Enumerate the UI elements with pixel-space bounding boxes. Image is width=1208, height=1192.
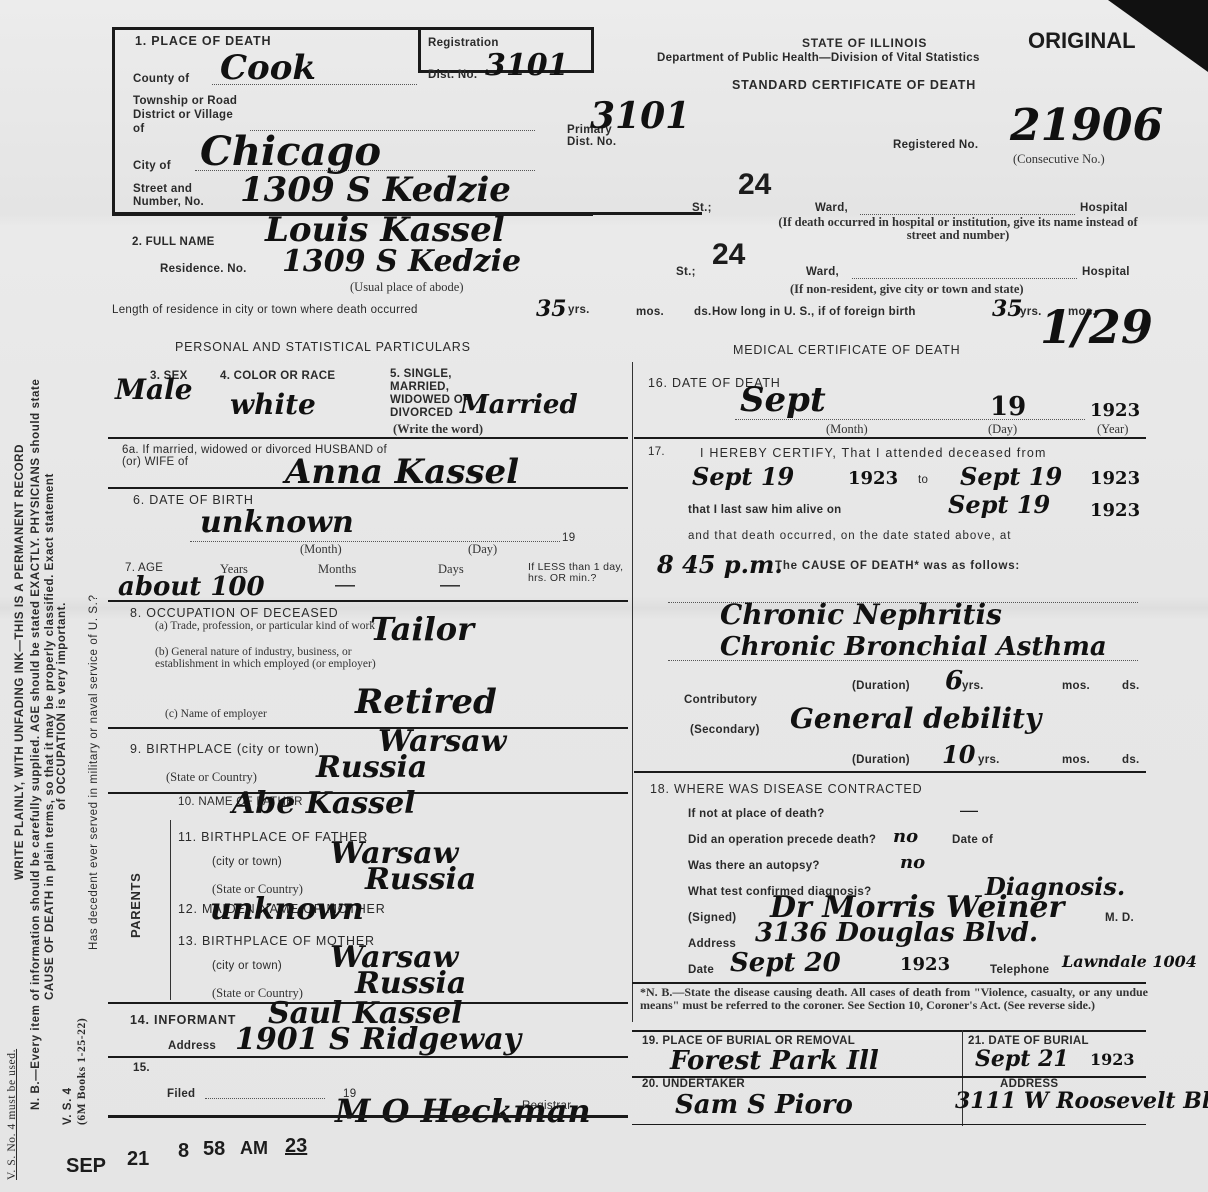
- father-value: Abe Kassel: [232, 786, 416, 821]
- occupation-c-label: (c) Name of employer: [165, 708, 267, 720]
- undertaker-value: Sam S Pioro: [675, 1090, 853, 1120]
- informant-address-value: 1901 S Ridgeway: [235, 1022, 521, 1057]
- time-of-death: 8 45 p.m.: [657, 550, 783, 579]
- duration-2-value: 10: [942, 740, 975, 769]
- county-label: County of: [133, 73, 189, 85]
- certificate-title: STANDARD CERTIFICATE OF DEATH: [732, 78, 976, 92]
- undertaker-address-value: 3111 W Roosevelt Blvd: [955, 1088, 1208, 1114]
- nonresident-note: (If non-resident, give city or town and …: [790, 282, 1024, 297]
- cause-1: Chronic Nephritis: [720, 598, 1002, 631]
- burial-place-value: Forest Park Ill: [670, 1046, 879, 1076]
- margin-mark: 1/29: [1040, 300, 1153, 354]
- signed-label: (Signed): [688, 912, 736, 924]
- ward-value-2: 24: [712, 238, 745, 272]
- hospital-label-2: Hospital: [1082, 266, 1130, 278]
- consecutive-note: (Consecutive No.): [1013, 152, 1105, 167]
- length-yrs: yrs.: [568, 304, 590, 316]
- father-city-label: (city or town): [212, 856, 282, 868]
- military-question: Has decedent ever served in military or …: [88, 595, 100, 950]
- length-value: 35: [536, 296, 567, 322]
- operation-label: Did an operation precede death?: [688, 834, 876, 846]
- birth-country-label: (State or Country): [166, 770, 257, 785]
- marital-note: (Write the word): [393, 422, 483, 437]
- duration-2-yrs: yrs.: [978, 754, 1000, 766]
- margin-line-1: WRITE PLAINLY, WITH UNFADING INK—THIS IS…: [14, 444, 26, 880]
- certify-number: 17.: [648, 446, 665, 458]
- burial-date-year: 1923: [1090, 1050, 1135, 1069]
- st-label-2: St.;: [676, 266, 696, 278]
- dob-day-caption: (Day): [468, 542, 497, 557]
- residence-value: 1309 S Kedzie: [282, 244, 521, 279]
- ward-value-1: 24: [738, 168, 771, 202]
- duration-1-value: 6: [945, 666, 963, 696]
- duration-2-ds: ds.: [1122, 754, 1140, 766]
- personal-section-title: PERSONAL AND STATISTICAL PARTICULARS: [175, 340, 471, 354]
- age-value: about 100: [118, 572, 265, 602]
- books-note: (6M Books 1-25-22): [76, 1018, 88, 1125]
- margin-line-3: CAUSE OF DEATH in plain terms, so that i…: [44, 473, 56, 1000]
- margin-line-2: N. B.—Every item of information should b…: [30, 379, 42, 1110]
- telephone-label: Telephone: [990, 964, 1049, 976]
- birth-country-value: Russia: [316, 750, 427, 785]
- dist-label: Dist. No.: [428, 69, 477, 81]
- duration-1-yrs: yrs.: [962, 680, 984, 692]
- dob-month-caption: (Month): [300, 542, 342, 557]
- duration-2-mos: mos.: [1062, 754, 1090, 766]
- age-less-note: If LESS than 1 day, hrs. OR min.?: [528, 562, 628, 584]
- registrar-signature: M O Heckman: [335, 1092, 591, 1130]
- occupation-a-label: (a) Trade, profession, or particular kin…: [155, 620, 390, 632]
- stamp-day: 21: [127, 1148, 149, 1171]
- birthplace-label: 9. BIRTHPLACE (city or town): [130, 742, 320, 756]
- last-saw-label: that I last saw him alive on: [688, 504, 841, 516]
- informant-address-label: Address: [168, 1040, 216, 1052]
- us-yrs: yrs.: [1020, 306, 1042, 318]
- race-label: 4. COLOR OR RACE: [220, 370, 335, 382]
- parents-side-label: PARENTS: [128, 873, 143, 938]
- stamp-year: 23: [285, 1135, 307, 1158]
- md-label: M. D.: [1105, 912, 1134, 924]
- medical-section-title: MEDICAL CERTIFICATE OF DEATH: [733, 343, 961, 357]
- physician-address-label: Address: [688, 938, 736, 950]
- duration-1-mos: mos.: [1062, 680, 1090, 692]
- residence-label: Residence. No.: [160, 263, 247, 275]
- place-of-death-heading: 1. PLACE OF DEATH: [135, 34, 271, 48]
- spouse-value: Anna Kassel: [285, 452, 519, 492]
- operation-value: no: [893, 826, 918, 847]
- full-name-label: 2. FULL NAME: [132, 236, 215, 248]
- age-days-value: —: [440, 574, 460, 597]
- hospital-label-1: Hospital: [1080, 202, 1128, 214]
- city-value: Chicago: [200, 128, 381, 175]
- attended-from: Sept 19: [692, 462, 794, 491]
- last-saw-value: Sept 19: [948, 490, 1050, 519]
- registered-value: 21906: [1010, 100, 1163, 151]
- department: Department of Public Health—Division of …: [657, 52, 980, 64]
- abode-note: (Usual place of abode): [350, 280, 464, 295]
- autopsy-value: no: [900, 852, 925, 873]
- dod-day: 19: [990, 392, 1026, 422]
- age-months-value: —: [335, 574, 355, 597]
- vs-note: V. S. No. 4 must be used.: [6, 1049, 18, 1180]
- physician-address-value: 3136 Douglas Blvd.: [755, 918, 1038, 948]
- mother-city-label: (city or town): [212, 960, 282, 972]
- registered-label: Registered No.: [893, 139, 978, 151]
- duration-label-1: (Duration): [852, 680, 910, 692]
- attended-to-year: 1923: [1090, 468, 1140, 489]
- occupation-label: 8. OCCUPATION OF DECEASED: [130, 606, 338, 620]
- stamp-month: SEP: [66, 1155, 106, 1178]
- autopsy-label: Was there an autopsy?: [688, 860, 820, 872]
- informant-label: 14. INFORMANT: [130, 1013, 236, 1027]
- ward-label-2: Ward,: [806, 266, 839, 278]
- length-mos: mos.: [636, 306, 664, 318]
- stamp-minute: 58: [203, 1138, 225, 1161]
- attended-from-year: 1923: [848, 468, 898, 489]
- cause-2: Chronic Bronchial Asthma: [720, 632, 1107, 662]
- hospital-note: (If death occurred in hospital or instit…: [768, 216, 1148, 242]
- not-place-label: If not at place of death?: [688, 808, 825, 820]
- cause-text: The CAUSE OF DEATH* was as follows:: [775, 560, 1020, 572]
- not-place-value: —: [960, 800, 978, 821]
- item-15: 15.: [133, 1062, 150, 1074]
- county-value: Cook: [220, 48, 316, 88]
- occupation-c-value: Retired: [355, 682, 497, 722]
- marital-value: Married: [460, 390, 578, 420]
- father-country-value: Russia: [365, 862, 476, 897]
- year-caption: (Year): [1097, 422, 1128, 437]
- street-label: Street and Number, No.: [133, 183, 233, 209]
- form-id: V. S. 4: [62, 1087, 74, 1125]
- street-value: 1309 S Kedzie: [240, 170, 511, 210]
- dob-value: unknown: [200, 505, 354, 540]
- occupation-a-value: Tailor: [370, 610, 474, 648]
- cert-date-label: Date: [688, 964, 714, 976]
- undertaker-label: 20. UNDERTAKER: [642, 1078, 745, 1090]
- month-caption: (Month): [826, 422, 868, 437]
- attended-to: Sept 19: [960, 462, 1062, 491]
- to-label: to: [918, 474, 928, 486]
- secondary-label: (Secondary): [690, 724, 760, 736]
- date-of-label: Date of: [952, 834, 993, 846]
- duration-1-ds: ds.: [1122, 680, 1140, 692]
- nb-note: *N. B.—State the disease causing death. …: [640, 986, 1148, 1012]
- dod-month: Sept: [740, 380, 826, 420]
- stamp-ampm: AM: [240, 1138, 268, 1159]
- filed-label: Filed: [167, 1088, 195, 1100]
- secondary-value: General debility: [790, 702, 1041, 735]
- cert-date-value: Sept 20: [730, 948, 841, 978]
- telephone-value: Lawndale 1004: [1062, 952, 1197, 971]
- occurred-text: and that death occurred, on the date sta…: [688, 530, 1011, 542]
- last-saw-year: 1923: [1090, 500, 1140, 521]
- length-ds: ds.: [694, 306, 712, 318]
- stamp-hour: 8: [178, 1140, 189, 1163]
- length-label: Length of residence in city or town wher…: [112, 304, 418, 316]
- duration-label-2: (Duration): [852, 754, 910, 766]
- race-value: white: [230, 388, 316, 421]
- dob-year-prefix: 19: [562, 532, 575, 544]
- occupation-b-label: (b) General nature of industry, business…: [155, 646, 415, 670]
- ward-label-1: Ward,: [815, 202, 848, 214]
- sex-value: Male: [115, 373, 193, 406]
- mother-value: unknown: [210, 892, 364, 927]
- dod-year: 1923: [1090, 400, 1140, 421]
- original-stamp: ORIGINAL: [1028, 28, 1136, 54]
- day-caption: (Day): [988, 422, 1017, 437]
- contracted-label: 18. WHERE WAS DISEASE CONTRACTED: [650, 782, 922, 796]
- contributory-label: Contributory: [684, 694, 757, 706]
- burial-date-value: Sept 21: [975, 1046, 1069, 1072]
- state-title: STATE OF ILLINOIS: [802, 36, 927, 50]
- us-value: 35: [992, 296, 1023, 322]
- margin-line-4: of OCCUPATION is very important.: [56, 602, 68, 810]
- cert-date-year: 1923: [900, 954, 950, 975]
- primary-value: 3101: [590, 95, 690, 137]
- us-label: How long in U. S., if of foreign birth: [712, 306, 916, 318]
- certify-text: I HEREBY CERTIFY, That I attended deceas…: [700, 446, 1047, 460]
- dist-value: 3101: [485, 48, 569, 83]
- city-label: City of: [133, 160, 171, 172]
- death-certificate: V. S. No. 4 must be used. WRITE PLAINLY,…: [0, 0, 1208, 1192]
